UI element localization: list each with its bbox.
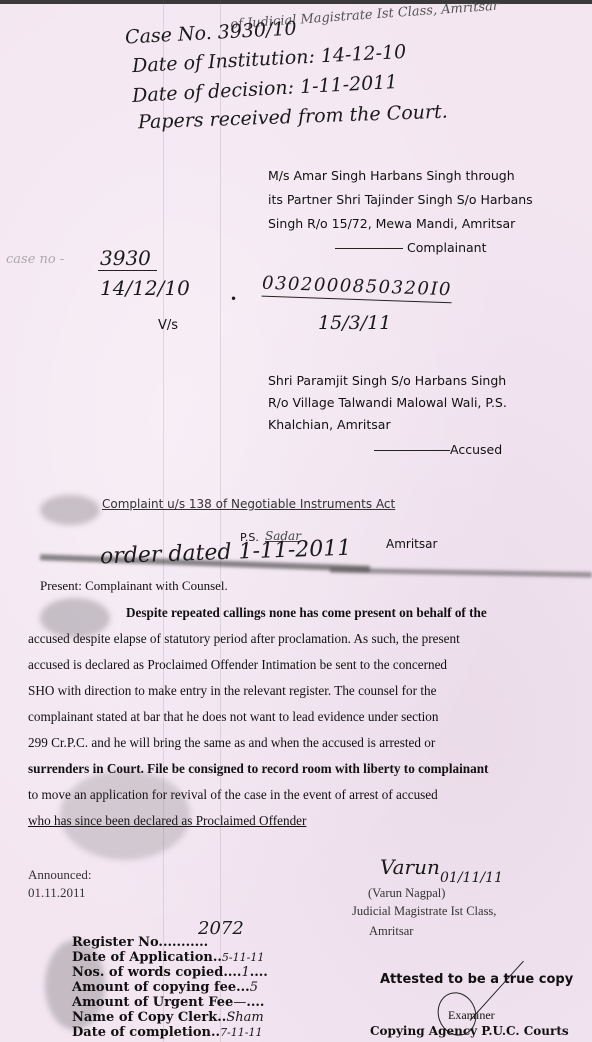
- versus-label: V/s: [158, 318, 178, 333]
- signature-rule: [335, 248, 403, 249]
- register-row: Nos. of words copied....1....: [72, 965, 268, 980]
- accused-role-line: Accused: [374, 438, 502, 462]
- announced-date: 01.11.2011: [28, 884, 92, 902]
- fold-crease: [163, 0, 164, 1042]
- order-paragraph-line: 299 Cr.P.C. and he will bring the same a…: [28, 730, 488, 756]
- register-row: Register No...........: [72, 935, 268, 950]
- decision-date-line: Date of decision: 1-11-2011: [132, 71, 398, 107]
- copying-agency: Copying Agency P.U.C. Courts: [370, 1024, 569, 1038]
- case-no-value: 3930/10: [217, 18, 297, 44]
- papers-received-note: Papers received from the Court.: [138, 101, 448, 134]
- police-station-city: Amritsar: [386, 537, 437, 551]
- fold-crease: [220, 0, 221, 1042]
- register-row: Name of Copy Clerk..Sham: [72, 1010, 268, 1025]
- attestation-text: Attested to be a true copy: [380, 972, 573, 987]
- institution-date: 14-12-10: [320, 41, 406, 67]
- signature-rule: [374, 450, 450, 451]
- accused-line: Khalchian, Amritsar: [268, 414, 507, 436]
- complainant-block: M/s Amar Singh Harbans Singh through its…: [268, 164, 533, 260]
- register-row: Date of Application..5-11-11: [72, 950, 268, 965]
- complainant-role: Complainant: [407, 240, 487, 255]
- institution-label: Date of Institution:: [132, 46, 316, 78]
- case-ref-date: 14/12/10: [100, 276, 190, 300]
- cnr-number: 0302000850320I0: [262, 273, 453, 304]
- case-no-line: Case No. 3930/10: [125, 18, 298, 49]
- signature-scribble: Varun: [380, 855, 440, 879]
- decision-label: Date of decision:: [132, 76, 295, 106]
- signature-date: 01/11/11: [440, 870, 503, 886]
- complainant-line: Singh R/o 15/72, Mewa Mandi, Amritsar: [268, 212, 533, 236]
- scan-smudge: [40, 495, 100, 525]
- scan-smear: [330, 568, 592, 578]
- order-paragraph-line: Despite repeated callings none has come …: [28, 600, 488, 626]
- register-row: Date of completion..7-11-11: [72, 1025, 268, 1040]
- magistrate-name: (Varun Nagpal): [368, 886, 445, 901]
- complainant-line: M/s Amar Singh Harbans Singh through: [268, 164, 533, 188]
- present-line: Present: Complainant with Counsel.: [40, 578, 228, 594]
- examiner-label: Examiner: [448, 1008, 495, 1023]
- complaint-title: Complaint u/s 138 of Negotiable Instrume…: [102, 497, 395, 511]
- announced-block: Announced: 01.11.2011: [28, 866, 92, 902]
- order-paragraph-line: accused despite elapse of statutory peri…: [28, 626, 488, 652]
- magistrate-designation: Judicial Magistrate Ist Class,: [352, 904, 496, 919]
- accused-role: Accused: [450, 442, 502, 457]
- case-ref-no: 3930: [98, 246, 157, 271]
- case-no-label: Case No.: [125, 22, 213, 49]
- copy-register-stamp: Register No........... Date of Applicati…: [72, 935, 268, 1040]
- accused-block: Shri Paramjit Singh S/o Harbans Singh R/…: [268, 370, 507, 436]
- cnr-date: 15/3/11: [318, 312, 391, 334]
- case-ref-prefix: case no -: [6, 252, 64, 267]
- accused-line: R/o Village Talwandi Malowal Wali, P.S.: [268, 392, 507, 414]
- decision-date: 1-11-2011: [299, 71, 397, 98]
- complainant-line: its Partner Shri Tajinder Singh S/o Harb…: [268, 188, 533, 212]
- order-paragraph-line: SHO with direction to make entry in the …: [28, 678, 488, 704]
- dot-mark: •: [230, 292, 237, 306]
- scan-top-edge: [0, 0, 592, 4]
- magistrate-place: Amritsar: [369, 924, 413, 939]
- order-paragraph-line: accused is declared as Proclaimed Offend…: [28, 652, 488, 678]
- register-row: Amount of Urgent Fee—....: [72, 995, 268, 1010]
- register-row: Amount of copying fee...5: [72, 980, 268, 995]
- scan-smudge: [60, 770, 190, 860]
- accused-line: Shri Paramjit Singh S/o Harbans Singh: [268, 370, 507, 392]
- announced-label: Announced:: [28, 866, 92, 884]
- order-paragraph-line: complainant stated at bar that he does n…: [28, 704, 488, 730]
